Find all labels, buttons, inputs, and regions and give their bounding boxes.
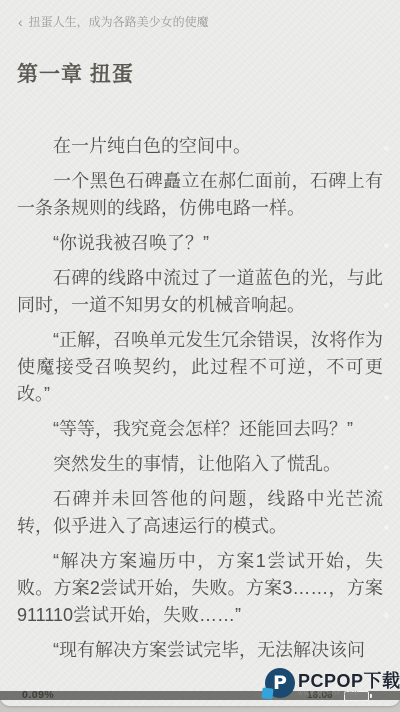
watermark-label: PCPOP下载 (298, 672, 400, 690)
paper-speck (384, 303, 389, 308)
back-icon[interactable]: ‹ (18, 16, 23, 28)
paragraph: “解决方案遍历中，方案1尝试开始，失败。方案2尝试开始，失败。方案3……，方案9… (17, 548, 383, 629)
top-bar: ‹ 扭蛋人生，成为各路美少女的使魔 (18, 13, 388, 30)
paragraph: 石碑的线路中流过了一道蓝色的光，与此同时，一道不知男女的机械音响起。 (17, 265, 383, 319)
reader-page[interactable]: ‹ 扭蛋人生，成为各路美少女的使魔 第一章 扭蛋 在一片纯白色的空间中。 一个黑… (0, 0, 400, 706)
pcpop-logo-letter: P (265, 668, 295, 698)
paragraph: 在一片纯白色的空间中。 (17, 133, 383, 160)
paragraph: 一个黑色石碑矗立在郝仁面前，石碑上有一条条规则的线路，仿佛电路一样。 (17, 168, 383, 222)
book-title: 扭蛋人生，成为各路美少女的使魔 (29, 13, 209, 30)
reader-screen: ‹ 扭蛋人生，成为各路美少女的使魔 第一章 扭蛋 在一片纯白色的空间中。 一个黑… (0, 0, 400, 712)
paragraph: “你说我被召唤了？” (17, 230, 383, 257)
reading-progress: 0.09% (22, 689, 54, 701)
pcpop-watermark: P PCPOP下载 WWW.PCPOP.COM (265, 668, 400, 698)
paper-speck (384, 525, 389, 530)
paper-speck (384, 395, 389, 400)
pcpop-logo-icon: P (265, 668, 295, 698)
paper-speck (384, 146, 389, 151)
chapter-title: 第一章 扭蛋 (17, 58, 134, 88)
chapter-body[interactable]: 在一片纯白色的空间中。 一个黑色石碑矗立在郝仁面前，石碑上有一条条规则的线路，仿… (17, 133, 383, 681)
paper-speck (384, 465, 389, 470)
paper-speck (384, 613, 389, 618)
watermark-text: PCPOP下载 WWW.PCPOP.COM (298, 672, 400, 697)
paragraph: “等等，我究竟会怎样？还能回去吗？” (17, 416, 383, 443)
paragraph: “现有解决方案尝试完毕，无法解决该问 (17, 637, 383, 664)
paragraph: 突然发生的事情，让他陷入了慌乱。 (17, 451, 383, 478)
paragraph: “正解，召唤单元发生冗余错误，汝将作为使魔接受召唤契约，此过程不可逆，不可更改。… (17, 327, 383, 408)
watermark-subtext: WWW.PCPOP.COM (298, 692, 400, 697)
paragraph: 石碑并未回答他的问题，线路中光芒流转，似乎进入了高速运行的模式。 (17, 486, 383, 540)
paper-speck (384, 243, 389, 248)
